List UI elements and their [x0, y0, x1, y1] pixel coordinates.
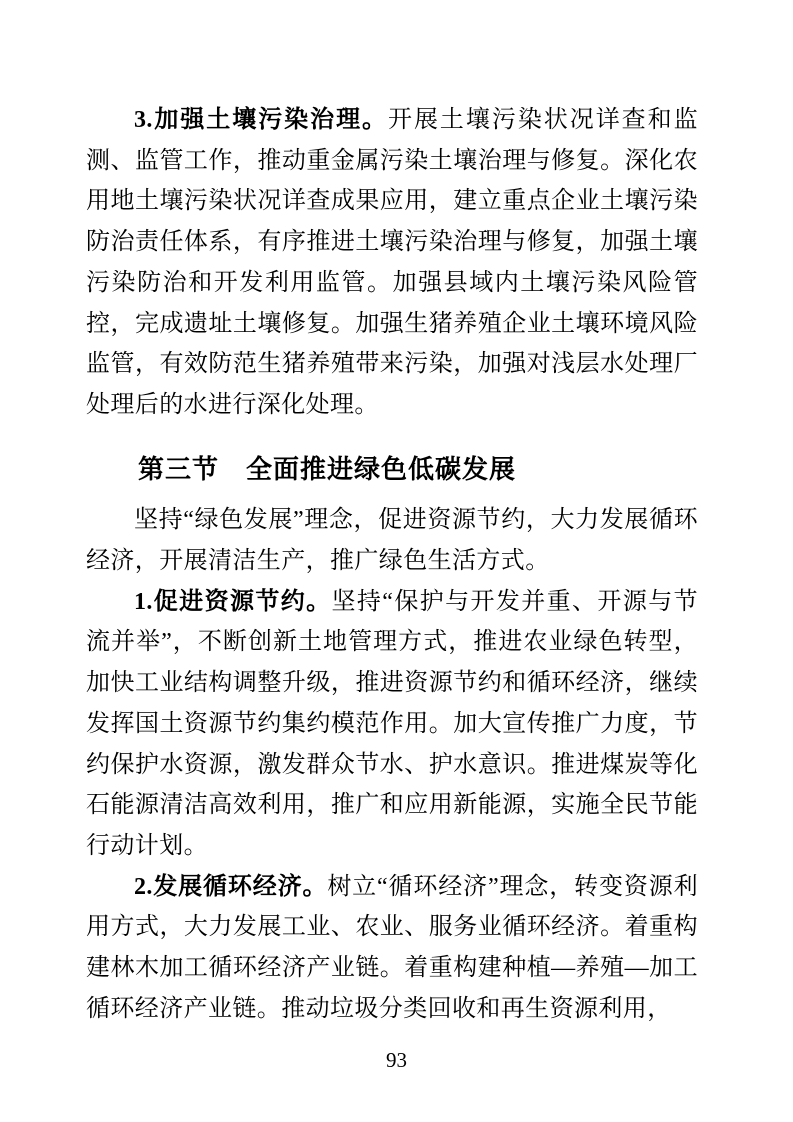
section-heading: 第三节 全面推进绿色低碳发展 — [86, 449, 698, 490]
page-number: 93 — [0, 1046, 793, 1074]
paragraph-circular-economy-lead: 2.发展循环经济。 — [134, 874, 327, 900]
paragraph-soil-pollution-text: 开展土壤污染状况详查和监测、监管工作，推动重金属污染土壤治理与修复。深化农用地土… — [86, 107, 698, 418]
paragraph-resource-saving-lead: 1.促进资源节约。 — [134, 589, 332, 615]
paragraph-circular-economy: 2.发展循环经济。树立“循环经济”理念，转变资源利用方式，大力发展工业、农业、服… — [86, 867, 698, 1030]
paragraph-resource-saving: 1.促进资源节约。坚持“保护与开发并重、开源与节流并举”，不断创新土地管理方式，… — [86, 582, 698, 867]
paragraph-resource-saving-text: 坚持“保护与开发并重、开源与节流并举”，不断创新土地管理方式，推进农业绿色转型，… — [86, 589, 698, 859]
paragraph-section-intro: 坚持“绿色发展”理念，促进资源节约，大力发展循环经济，开展清洁生产，推广绿色生活… — [86, 500, 698, 581]
page-content: 3.加强土壤污染治理。开展土壤污染状况详查和监测、监管工作，推动重金属污染土壤治… — [86, 100, 698, 1029]
paragraph-soil-pollution-lead: 3.加强土壤污染治理。 — [134, 107, 388, 133]
paragraph-soil-pollution: 3.加强土壤污染治理。开展土壤污染状况详查和监测、监管工作，推动重金属污染土壤治… — [86, 100, 698, 426]
document-page: 3.加强土壤污染治理。开展土壤污染状况详查和监测、监管工作，推动重金属污染土壤治… — [0, 0, 793, 1122]
paragraph-section-intro-text: 坚持“绿色发展”理念，促进资源节约，大力发展循环经济，开展清洁生产，推广绿色生活… — [86, 507, 698, 574]
